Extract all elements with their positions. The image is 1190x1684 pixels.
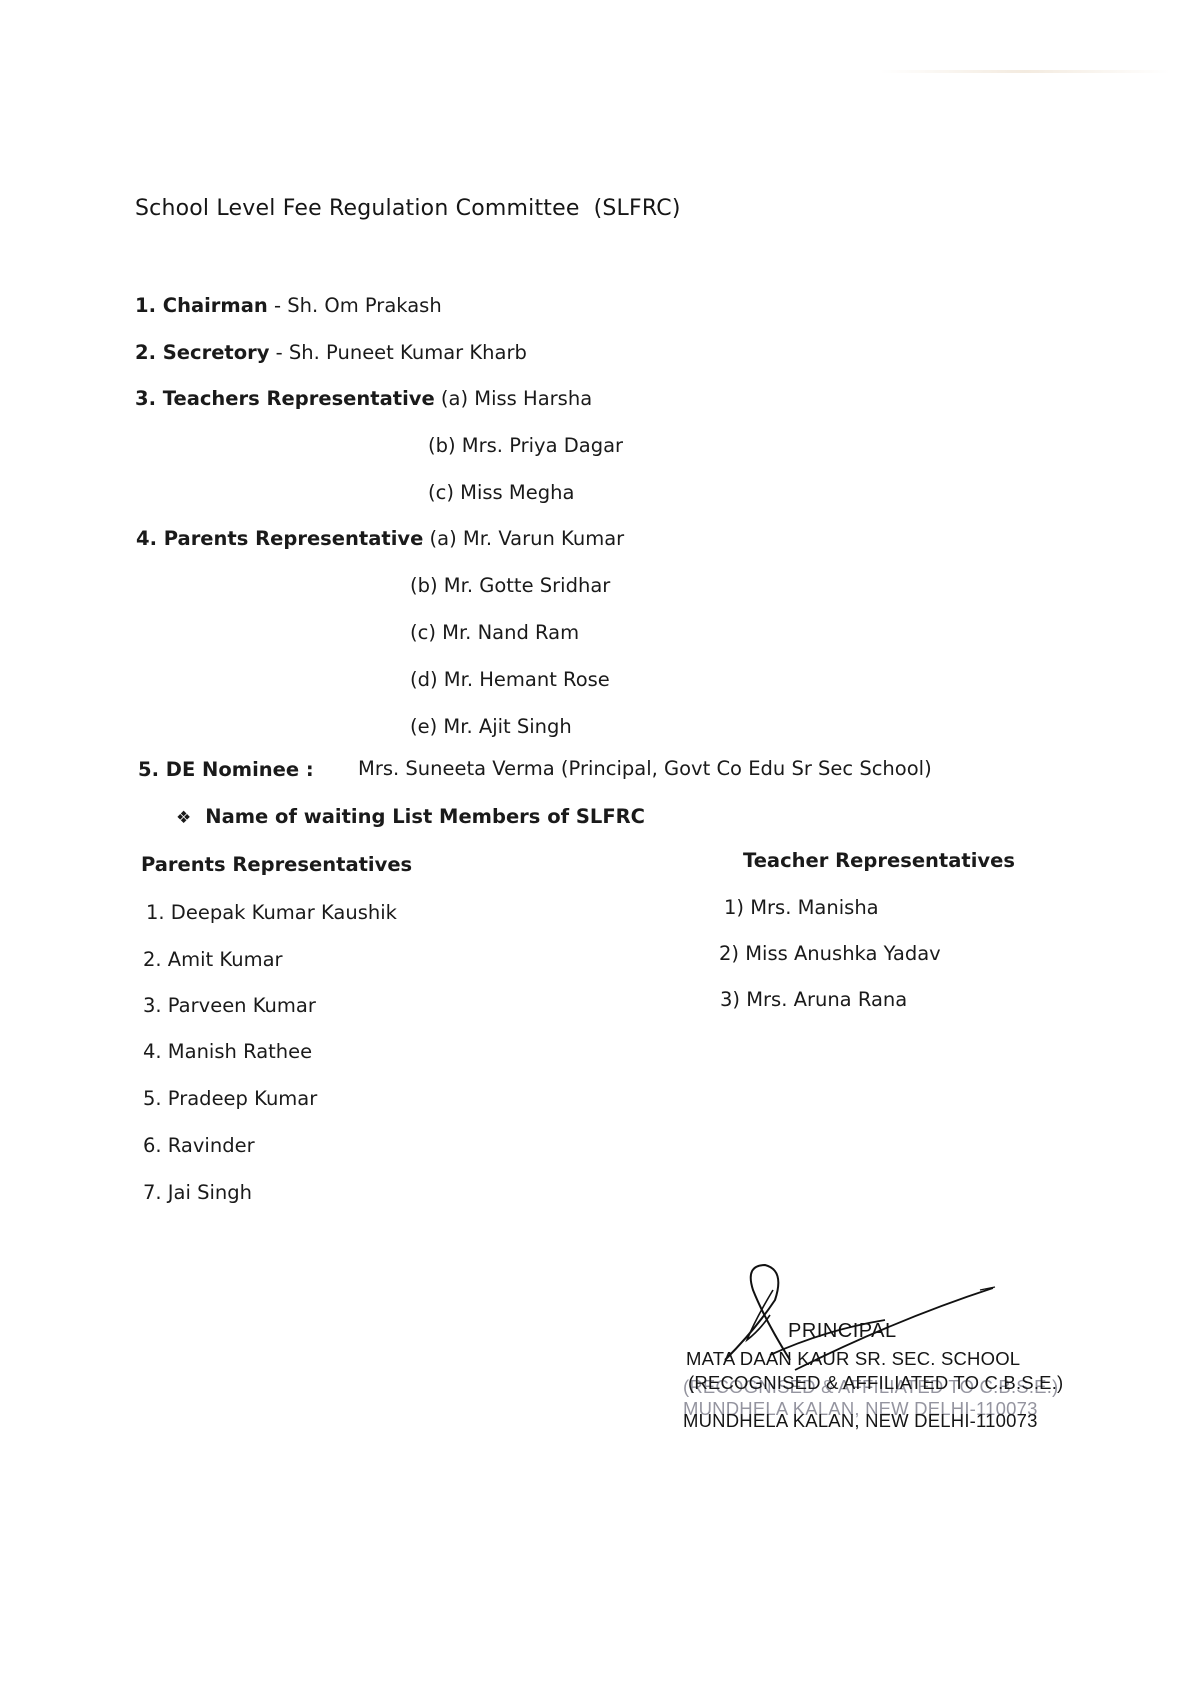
waiting-parent-item: 6. Ravinder: [143, 1134, 255, 1157]
waiting-teacher-item: 2) Miss Anushka Yadav: [719, 942, 941, 965]
teachers-rep-item: (a) Miss Harsha: [441, 387, 592, 410]
waiting-parent-item: 2. Amit Kumar: [143, 948, 283, 971]
parents-rep-item: (e) Mr. Ajit Singh: [410, 715, 572, 738]
principal-designation: PRINCIPAL: [788, 1320, 897, 1343]
separator: -: [268, 294, 287, 317]
stamp-school-name: MATA DAAN KAUR SR. SEC. SCHOOL: [686, 1348, 1020, 1370]
waiting-list-heading: ❖Name of waiting List Members of SLFRC: [176, 805, 645, 828]
waiting-parent-item: 3. Parveen Kumar: [143, 994, 316, 1017]
parents-rep-item: (c) Mr. Nand Ram: [410, 621, 579, 644]
parents-rep-item: (b) Mr. Gotte Sridhar: [410, 574, 610, 597]
member-chairman: 1. Chairman - Sh. Om Prakash: [135, 294, 442, 317]
waiting-parent-item: 5. Pradeep Kumar: [143, 1087, 317, 1110]
member-parents-rep: 4. Parents Representative (a) Mr. Varun …: [136, 527, 624, 550]
waiting-parent-item: 1. Deepak Kumar Kaushik: [146, 901, 397, 924]
parents-rep-item: (a) Mr. Varun Kumar: [430, 527, 625, 550]
de-nominee-label: 5. DE Nominee :: [138, 758, 314, 781]
teachers-rep-item: (c) Miss Megha: [428, 481, 574, 504]
waiting-parent-item: 7. Jai Singh: [143, 1181, 252, 1204]
title-acronym: (SLFRC): [594, 196, 681, 221]
waiting-teacher-item: 3) Mrs. Aruna Rana: [720, 988, 907, 1011]
member-secretary: 2. Secretory - Sh. Puneet Kumar Kharb: [135, 341, 527, 364]
stamp-affiliation: (RECOGNISED & AFFILIATED TO C.B.S.E.): [688, 1372, 1063, 1394]
member-teachers-rep: 3. Teachers Representative (a) Miss Hars…: [135, 387, 592, 410]
parents-rep-item: (d) Mr. Hemant Rose: [410, 668, 610, 691]
chairman-name: Sh. Om Prakash: [287, 294, 441, 317]
four-diamond-bullet-icon: ❖: [176, 808, 191, 828]
waiting-teacher-item: 1) Mrs. Manisha: [724, 896, 879, 919]
waiting-list-heading-text: Name of waiting List Members of SLFRC: [205, 805, 645, 828]
waiting-parents-heading: Parents Representatives: [141, 853, 412, 876]
scan-artifact: [880, 70, 1170, 73]
separator: -: [269, 341, 288, 364]
de-nominee-name: Mrs. Suneeta Verma (Principal, Govt Co E…: [358, 757, 932, 780]
waiting-teachers-heading: Teacher Representatives: [743, 849, 1015, 872]
chairman-label: 1. Chairman: [135, 294, 268, 317]
secretary-name: Sh. Puneet Kumar Kharb: [289, 341, 527, 364]
waiting-parent-item: 4. Manish Rathee: [143, 1040, 312, 1063]
parents-rep-label: 4. Parents Representative: [136, 527, 423, 550]
teachers-rep-label: 3. Teachers Representative: [135, 387, 435, 410]
title-text: School Level Fee Regulation Committee: [135, 196, 580, 221]
teachers-rep-item: (b) Mrs. Priya Dagar: [428, 434, 623, 457]
page-title: School Level Fee Regulation Committee(SL…: [135, 196, 681, 221]
member-de-nominee: 5. DE Nominee :: [138, 758, 314, 781]
secretary-label: 2. Secretory: [135, 341, 269, 364]
stamp-address: MUNDHELA KALAN, NEW DELHI-110073: [683, 1410, 1038, 1432]
